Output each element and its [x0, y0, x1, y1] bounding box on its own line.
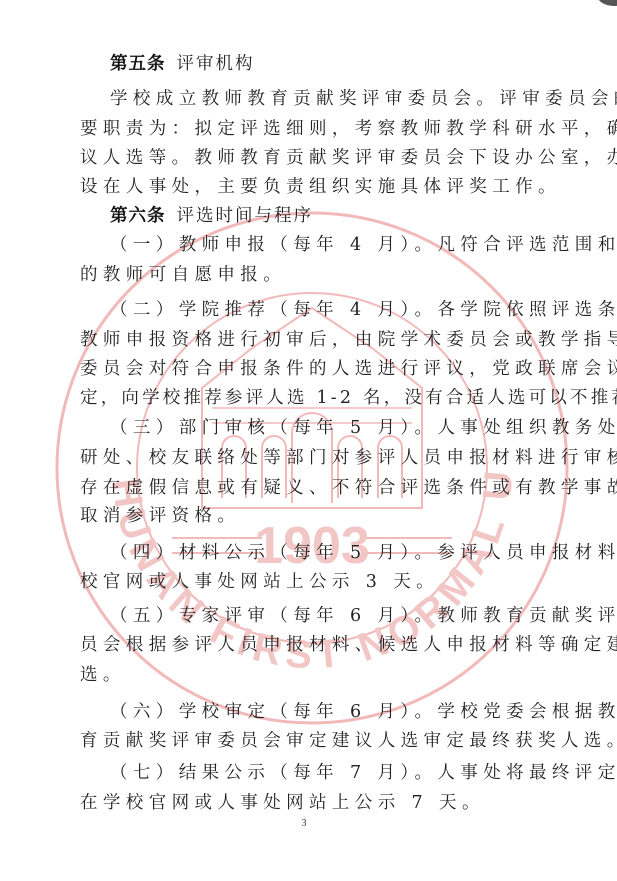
scroll-indicator [597, 0, 617, 6]
item-1-line-2: 的教师可自愿申报。 [80, 264, 542, 286]
article-5-heading: 第五条 评审机构 [80, 53, 542, 75]
item-6-line-2: 育贡献奖评审委员会审定建议人选审定最终获奖人选。 [80, 730, 542, 752]
article-5-line-2: 要职责为：拟定评选细则，考察教师教学科研水平，确定建 [80, 118, 542, 140]
item-5-line-2: 员会根据参评人员申报材料、候选人申报材料等确定建议人 [80, 634, 542, 656]
item-7-line-2: 在学校官网或人事处网站上公示 7 天。 [80, 792, 542, 814]
article-6-number: 第六条 [110, 206, 166, 226]
item-2-line-2: 教师申报资格进行初审后，由院学术委员会或教学指导专门 [80, 329, 542, 351]
article-5-title: 评审机构 [176, 54, 254, 74]
article-5-number: 第五条 [110, 54, 166, 74]
item-2-line-4: 定，向学校推荐参评人选 1-2 名，没有合适人选可以不推荐。 [80, 387, 542, 409]
page-number: 3 [298, 818, 310, 829]
item-5-line-3: 选。 [80, 664, 542, 686]
item-1-line-1: （一）教师申报（每年 4 月）。凡符合评选范围和条件 [80, 234, 542, 256]
item-3-line-3: 存在虚假信息或有疑义、不符合评选条件或有教学事故者， [80, 477, 542, 499]
article-5-line-1: 学校成立教师教育贡献奖评审委员会。评审委员会的主 [80, 88, 542, 110]
item-5-line-1: （五）专家评审（每年 6 月）。教师教育贡献奖评审委 [80, 605, 542, 627]
article-5-line-3: 议人选等。教师教育贡献奖评审委员会下设办公室，办公室 [80, 147, 542, 169]
item-6-line-1: （六）学校审定（每年 6 月）。学校党委会根据教师教 [80, 701, 542, 723]
item-3-line-2: 研处、校友联络处等部门对参评人员申报材料进行审核，对 [80, 447, 542, 469]
article-6-title: 评选时间与程序 [176, 206, 313, 226]
item-3-line-4: 取消参评资格。 [80, 505, 542, 527]
item-2-line-3: 委员会对符合申报条件的人选进行评议，党政联席会议决 [80, 358, 542, 380]
item-7-line-1: （七）结果公示（每年 7 月）。人事处将最终评定结果 [80, 762, 542, 784]
item-4-line-1: （四）材料公示（每年 5 月）。参评人员申报材料在学 [80, 542, 542, 564]
item-3-line-1: （三）部门审核（每年 5 月）。人事处组织教务处、科 [80, 417, 542, 439]
article-5-line-4: 设在人事处，主要负责组织实施具体评奖工作。 [80, 176, 542, 198]
article-6-heading: 第六条 评选时间与程序 [80, 205, 542, 227]
item-4-line-2: 校官网或人事处网站上公示 3 天。 [80, 571, 542, 593]
item-2-line-1: （二）学院推荐（每年 4 月）。各学院依照评选条件对 [80, 299, 542, 321]
document-page: 1903 HUNAN FIRST NORMAL UNIVERSITY 第五条 评… [0, 0, 617, 881]
